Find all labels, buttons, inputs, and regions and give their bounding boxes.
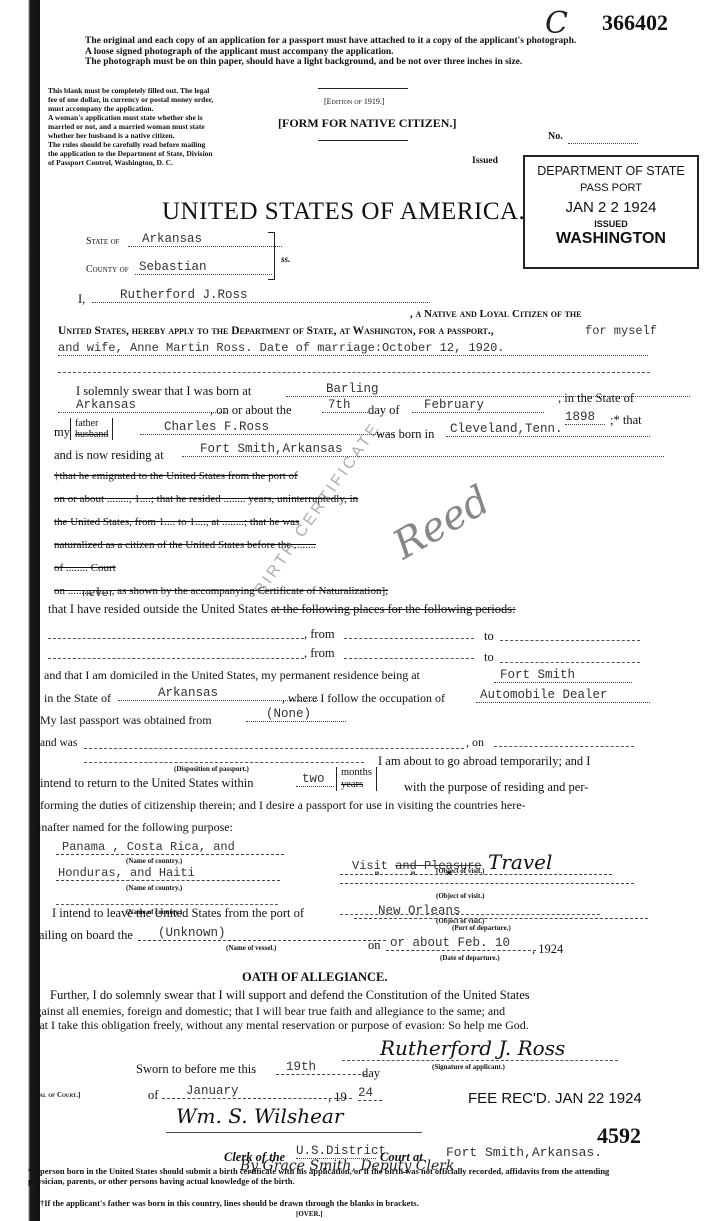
applicant-name-field[interactable]: Rutherford J.Ross xyxy=(92,288,430,303)
bracket xyxy=(268,232,275,280)
footnote-star: *A person born in the United States shou… xyxy=(28,1167,618,1186)
intro-text: I, xyxy=(78,292,85,307)
duration-field[interactable]: two xyxy=(296,772,334,787)
occupation-text: , where I follow the occupation of xyxy=(282,691,445,706)
sworn-month-field[interactable]: January xyxy=(162,1084,352,1099)
father-husband-bracket: father husband xyxy=(70,418,113,440)
sworn-text: Sworn to before me this xyxy=(136,1062,256,1077)
blank-rule xyxy=(48,638,304,639)
from-label: , from xyxy=(304,646,335,661)
day-label: day xyxy=(362,1066,380,1081)
from-field[interactable] xyxy=(344,658,474,659)
on-about-text: , on or about the xyxy=(210,403,292,418)
birth-day-field[interactable]: 7th xyxy=(322,398,368,413)
applicant-signature-line xyxy=(342,1060,618,1061)
months-years-bracket: months years xyxy=(336,767,377,791)
object-caption: (Object of visit.) xyxy=(436,892,484,900)
day-of-text: day of xyxy=(368,403,400,418)
to-field[interactable] xyxy=(500,640,640,641)
struck-line: the United States, from 1.... to 1...., … xyxy=(54,516,299,528)
never-insert[interactable]: never xyxy=(82,588,115,600)
from-field[interactable] xyxy=(344,638,474,639)
residing-text: and is now residing at xyxy=(54,448,164,463)
state-label: State of xyxy=(86,236,120,247)
struck-line: †that he emigrated to the United States … xyxy=(54,470,298,482)
struck-line: of ........ Court xyxy=(54,562,116,574)
and-was-field[interactable] xyxy=(84,748,464,749)
last-passport-field[interactable]: (None) xyxy=(246,707,346,722)
spouse-field[interactable]: and wife, Anne Martin Ross. Date of marr… xyxy=(58,341,648,356)
over-label: [OVER.] xyxy=(296,1210,323,1218)
fee-received-stamp: FEE REC'D. JAN 22 1924 xyxy=(468,1090,642,1107)
apply-text: United States, hereby apply to the Depar… xyxy=(58,325,494,337)
date-caption: (Date of departure.) xyxy=(440,954,500,962)
state-of-text: , in the State of xyxy=(558,391,634,406)
duties-text: forming the duties of citizenship therei… xyxy=(40,798,526,813)
birth-month-field[interactable]: February xyxy=(412,398,544,413)
county-field[interactable]: Sebastian xyxy=(135,260,272,275)
file-number: 4592 xyxy=(597,1123,641,1149)
last-passport-text: My last passport was obtained from xyxy=(40,713,212,728)
edition-label: [Edition of 1919.] xyxy=(324,97,385,106)
swear-text: I solemnly swear that I was born at xyxy=(76,384,251,399)
signature-caption: (Signature of applicant.) xyxy=(432,1063,505,1071)
oath-line-1: Further, I do solemnly swear that I will… xyxy=(50,988,530,1003)
handwritten-annotation: Reed xyxy=(385,477,497,568)
to-label: to xyxy=(484,629,494,644)
on-text: on xyxy=(368,938,381,953)
my-text: my xyxy=(54,425,70,440)
sworn-day-field[interactable]: 19th xyxy=(276,1060,366,1075)
father-birthplace-field[interactable]: Cleveland,Tenn. xyxy=(446,422,650,437)
vessel-field[interactable]: (Unknown) xyxy=(138,926,386,941)
court-field[interactable]: U.S.District xyxy=(296,1144,376,1159)
departure-year: , 1924 xyxy=(532,942,563,957)
state-field[interactable]: Arkansas xyxy=(128,232,282,247)
instructions: The original and each copy of an applica… xyxy=(85,36,576,68)
no-label: No. xyxy=(548,131,563,142)
department-of-state-stamp: DEPARTMENT OF STATE PASS PORT JAN 2 2 19… xyxy=(523,155,699,269)
father-name-field[interactable]: Charles F.Ross xyxy=(140,420,394,435)
country-field-3[interactable] xyxy=(56,904,278,905)
birth-state-field[interactable]: Arkansas xyxy=(58,398,226,413)
clerk-signature: Wm. S. Wilshear xyxy=(176,1104,343,1128)
object-field-2[interactable]: " " " xyxy=(340,872,634,884)
oath-line-2: against all enemies, foreign and domesti… xyxy=(30,1004,505,1019)
purpose-text: with the purpose of residing and per- xyxy=(404,780,588,795)
to-label: to xyxy=(484,650,494,665)
visit-text: Visit xyxy=(352,859,395,873)
side-note: This blank must be completely filled out… xyxy=(48,86,214,167)
departure-date-field[interactable]: or about Feb. 10 xyxy=(386,936,536,951)
port-field[interactable]: New Orleans xyxy=(354,904,648,919)
form-type: [FORM FOR NATIVE CITIZEN.] xyxy=(278,116,456,131)
leave-text: I intend to leave the United States from… xyxy=(52,906,304,921)
vessel-caption: (Name of vessel.) xyxy=(226,944,276,952)
from-label: , from xyxy=(304,627,335,642)
father-residence-field[interactable]: Fort Smith,Arkansas xyxy=(182,442,664,457)
ss-label: ss. xyxy=(281,254,290,264)
state-text: in the State of xyxy=(44,691,111,706)
on-field[interactable] xyxy=(494,746,634,747)
no-field[interactable] xyxy=(568,143,638,144)
serial-number: 366402 xyxy=(602,10,668,36)
travel-handwritten: Travel xyxy=(482,850,553,874)
oath-line-3: that I take this obligation freely, with… xyxy=(30,1018,529,1033)
disposition-caption: (Disposition of passport.) xyxy=(174,765,249,773)
scan-binding-edge xyxy=(0,0,40,1221)
port-caption: (Port of departure.) xyxy=(452,924,511,932)
court-location-field[interactable]: Fort Smith,Arkansas. xyxy=(446,1145,602,1160)
footnote-dagger: †If the applicant's father was born in t… xyxy=(40,1198,419,1208)
sworn-year-field[interactable]: 24 xyxy=(358,1086,382,1101)
citizen-text: , a Native and Loyal Citizen of the xyxy=(410,308,581,320)
sailing-text: sailing on board the xyxy=(34,928,133,943)
country-field-1[interactable]: Panama , Costa Rica, and xyxy=(56,840,284,855)
country-field-2[interactable]: Honduras, and Haiti xyxy=(56,866,280,881)
page-title: UNITED STATES OF AMERICA. xyxy=(162,198,525,226)
blank-rule xyxy=(58,372,650,373)
applicant-signature: Rutherford J. Ross xyxy=(380,1036,565,1060)
for-myself-field[interactable]: for myself xyxy=(585,324,657,338)
blank-rule xyxy=(48,658,304,659)
year-prefix: , 19 xyxy=(328,1090,347,1105)
on-text: , on xyxy=(466,735,484,750)
oath-heading: OATH OF ALLEGIANCE. xyxy=(242,970,388,985)
named-text: inafter named for the following purpose: xyxy=(38,820,233,835)
occupation-field[interactable]: Automobile Dealer xyxy=(476,688,650,703)
divider xyxy=(318,88,408,89)
domicile-text: and that I am domiciled in the United St… xyxy=(44,668,420,683)
issued-label: Issued xyxy=(472,156,498,166)
clerk-signature-line xyxy=(166,1132,422,1133)
abroad-text: I am about to go abroad temporarily; and… xyxy=(378,754,590,769)
residence-city-field[interactable]: Fort Smith xyxy=(494,668,632,683)
divider xyxy=(318,140,408,141)
and-was-text: and was xyxy=(40,737,77,749)
of-label: of xyxy=(148,1088,158,1103)
return-text: intend to return to the United States wi… xyxy=(40,776,254,791)
seal-caption: [Seal of Court.] xyxy=(30,1091,80,1099)
to-field[interactable] xyxy=(500,662,640,663)
country-caption: (Name of country.) xyxy=(126,857,182,865)
residence-abroad-text: that I have resided outside the United S… xyxy=(48,602,516,617)
country-caption: (Name of country.) xyxy=(126,884,182,892)
disposition-field[interactable] xyxy=(84,762,364,763)
struck-line: naturalized as a citizen of the United S… xyxy=(54,539,316,551)
county-label: County of xyxy=(86,264,129,275)
